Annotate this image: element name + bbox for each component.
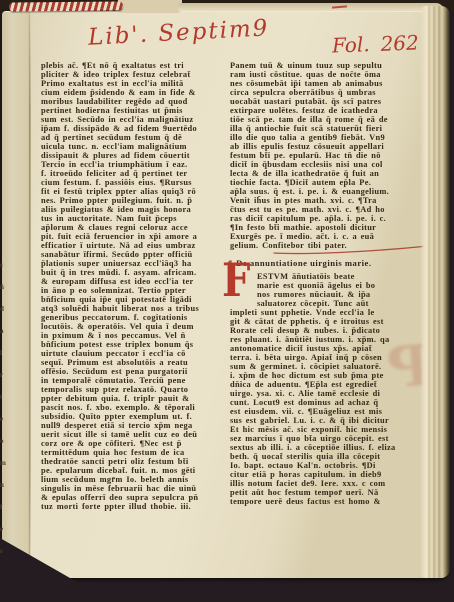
text-line: tempore uerē deus factus est homo & [230,497,419,506]
text-line: thedratōe sancti petri oliz festum bt̄i [41,457,230,466]
text-line: cium festum. f. passiōis eius. ¶Rursus [41,178,230,187]
text-line: beth. q̄ uocat̄ sterilis quia illa cōcep… [230,452,419,461]
text-line: festum bt̄i pe. epularū. Hac tn̄ die nō [230,151,419,160]
text-line: Et hic mēsis ac̄. sic exponit̄. hic mens… [230,425,419,434]
text-line: sequī. Primum est absolutōis a reatu [41,358,230,367]
text-line: u [0,474,7,496]
text-line: ab illis epulis festuz cōsueuit appellar… [230,142,419,151]
text-line: lium secūdum mgr̄m Io. beleth annis [41,475,230,484]
text-line: ap̄lorum & claues regni celoruz acce [41,223,230,232]
text-line: tiochie facta. ¶Dicit̄ autem ep̄la Pe. [230,178,419,187]
text-line: temporalis sup ptez relaxatō. Quarto [41,385,230,394]
text-line: uicula tunc. n. eccl'iam malignātium [41,142,230,151]
text-line: sextus ab illi. i. a cōceptiōe illius. f… [230,443,419,452]
text-line: s [0,540,7,562]
text-line: ad q̄ pertinet secūdum festum q̄ dē [41,133,230,142]
text-line: citur etiā p horas capitulum. in dieb9 [230,470,419,479]
text-line: illis notum faciet de9. Iere. xxx. c com [230,479,419,488]
text-line: ip̄am f. dissipādo & ad fidem 9uertēdo [41,124,230,133]
text-line: git & cātat de pphetis. q̄ e itroitus es… [230,317,419,326]
text-line: ESTVM ān̄utiatōis beate [230,272,419,281]
text-line: t [0,386,7,408]
text-line: d [0,298,7,320]
text-line: dicit̄ in q̄busdam ecclesiis nisi una co… [230,160,419,169]
text-line: extirpare uolētes. festuz de icathedra [230,106,419,115]
text-line: Io. bapt. octauo Kal'n. octobris. ¶Di [230,461,419,470]
left-text-column: plebis ac̄. ¶Et nō q̄ exaltatus est trip… [41,61,230,513]
text-line: in temporalē cōmutatio. Terciū pene [41,376,230,385]
text-line: o [0,430,7,452]
right-text-column-top: Panem tuū & uinum tuuz sup sepulturam iu… [230,61,419,250]
text-line: r [0,364,7,386]
text-line: pertinet hodierna festiuitas ut p̄mis [41,106,230,115]
text-line: efficatior ī uirtute. Nā ad eius umbraz [41,241,230,250]
text-line: Panem tuū & uinum tuuz sup sepultu [230,61,419,70]
facing-page-text-fragments: sn̄daīrteomufes [0,254,7,566]
text-line: uocabāt uastari putabāt. q̄s scī patres [230,97,419,106]
underlying-page-corner [118,0,182,13]
text-line: ras dicit̄ capitulum pe. ap̄la. i. pe. i… [230,214,419,223]
text-line: pe. epularum dicebat̄. fuit. n. mos gēti [41,466,230,475]
text-line: saluatorez cōcepit. Tunc aūt [230,299,419,308]
text-line: & epulas offerrī deo supra sepulcra pn̄ [41,493,230,502]
text-line: subsidio. Quīto ppter exemplum ut. f. [41,412,230,421]
text-line: sus est gabriel. Lu. i. c. & q̄ ibi dici… [230,416,419,425]
text-line: Venit ih̄us in ptes math. xvi. c. ¶Tra [230,196,419,205]
folio-marker: Fol. 262 [332,30,420,57]
text-line: illo die quo talia a gentib9 fiebāt. Vn9 [230,133,419,142]
text-line: m [0,452,7,474]
text-line: illa q̄ antiochie fuit scā statuerūt fie… [230,124,419,133]
text-line: corz ore & ope cōfiteri. ¶Nec est p̄ [41,439,230,448]
text-line: buit q̄ in tres mūdi. f. asyam. africam. [41,268,230,277]
top-page-edges [178,3,444,11]
running-title: Lib'. Septim9 [87,15,270,50]
text-line: atq3 soluēdi habuit liberat nos a tribus [41,304,230,313]
text-line: sez marcius ī quo bt̄a uirgo cōcepit. es… [230,434,419,443]
text-line: p̄lationis super uniuersaz eccl'iāq3 ha [41,259,230,268]
text-line: marie est quoniā āgelus ei bo [230,281,419,290]
text-line: uerit sicut ille si tamē uelit cuz eo de… [41,430,230,439]
text-line: sum est. Secūdo in eccl'ia malignātiuz [41,115,230,124]
background-corner [0,538,112,602]
text-line: tuz morti forte ppter illud thobie. iii. [41,502,230,511]
text-line: s [0,254,7,276]
text-line: tus in auctoritate. Nam fuit p̄ceps [41,214,230,223]
text-line: circa sepulcra oberrātibus q̄ umbras [230,88,419,97]
folio-label: Fol. [332,32,370,57]
text-line: a [0,320,7,342]
text-line: ppter debitum quia. f. triplr pauit & [41,394,230,403]
endband-stripes [9,1,123,11]
text-line: nes cōsumebāt ip̄i tamen ab animabus [230,79,419,88]
text-line: ¶In festo bt̄i mathie. apostoli dicitur [230,223,419,232]
rubricated-initial: F [222,259,250,303]
text-line: cium eidem p̄sidendo & eam in fide & [41,88,230,97]
text-line: in āno p eo solemnizat. Tertio ppter [41,286,230,295]
text-line: in pximum & ī nos peccamus. Vel n̄ [41,331,230,340]
text-line: pliciter & ideo triplex festuz celebrat̄ [41,70,230,79]
text-line: & europam diffusa est ideo eccl'ia ter [41,277,230,286]
gutter-fold-line [29,12,31,578]
text-line: e [0,408,7,430]
text-line: termittēdum quia hoc festum de ica [41,448,230,457]
folio-number: 262 [380,30,419,55]
text-line: n̄ [0,276,7,298]
text-line: aliis puilegiatus & ideo magis honora [41,205,230,214]
text-line: f. itroeūdo feliciter ad q̄ pertinet ter [41,169,230,178]
text-line: ap̄la suus. q̄ est. i. pe. i. & euangeli… [230,187,419,196]
text-line: generibus peccatorum. f. cogitationis [41,313,230,322]
text-line: lecta & de illa icathedratōe q̄ fuit an [230,169,419,178]
section-heading-text: De annuntiatione uirginis marie. [236,258,371,268]
book-photograph: Lib'. Septim9 Fol. 262 plebis ac̄. ¶Et n… [0,0,454,602]
text-line: offēsio. Secūdum est pena purgatorii [41,367,230,376]
text-line: pascit nos. f. xbo. exemplo. & tēporali [41,403,230,412]
text-line: nes. Primo ppter puilegium. fuit. n. p̄ [41,196,230,205]
text-line: ram iusti cōstitue. quas de noc̄te ōma [230,70,419,79]
text-line: f [0,496,7,518]
text-line: Tercio in eccl'ia triumphātium ī eaz. [41,160,230,169]
text-line: ī [0,342,7,364]
text-line: moribus laudabiliter regēdo ad quod [41,97,230,106]
text-line: tiōe scā pe. tam de illa q̄ rome q̄ eā d… [230,115,419,124]
text-line: c̄tus est tu es pe. math. xvi. c. ¶Ad ho [230,205,419,214]
text-line: e [0,518,7,540]
text-line: locutōis. & operatōis. Vel quia ī deum [41,322,230,331]
text-line: singulis in mēse februarii hac die uinū [41,484,230,493]
text-line: fit ei festū triplex ppter alias quiq3 r… [41,187,230,196]
text-line: Primo exaltatus est in eccl'ia militā [41,79,230,88]
text-line: sanabātur īfirmi. Secūdo ppter officiū [41,250,230,259]
text-line: uirtute clauium peccator ī eccl'ia cō [41,349,230,358]
text-line: null9 desperet etiā si tercio xp̄m nega [41,421,230,430]
text-line: est eiusdem. vii. c. ¶Euāgeliuz est mis [230,407,419,416]
book-page: Lib'. Septim9 Fol. 262 plebis ac̄. ¶Et n… [2,11,448,578]
text-line: pit. fuit eciā feruencior in xp̄i amore … [41,232,230,241]
text-line: dissipauit & plures ad fidem cōuertit [41,151,230,160]
text-line: petit aūt hoc festum tempor̄ uerī. Nā [230,488,419,497]
text-line: impleti sunt pphetie. Vnde eccl'ia le [230,308,419,317]
text-line: plebis ac̄. ¶Et nō q̄ exaltatus est tri [41,61,230,70]
text-line: bn̄ficium quia ip̄e qui potestatē ligādi [41,295,230,304]
text-line: nos rumores nūciauit. & ip̄a [230,290,419,299]
text-line: Rorate celi desup & nubes. i. p̄dicato [230,326,419,335]
page-edge-stack [420,6,450,578]
text-line: bn̄ficium potest esse triplex bonum q̄s [41,340,230,349]
